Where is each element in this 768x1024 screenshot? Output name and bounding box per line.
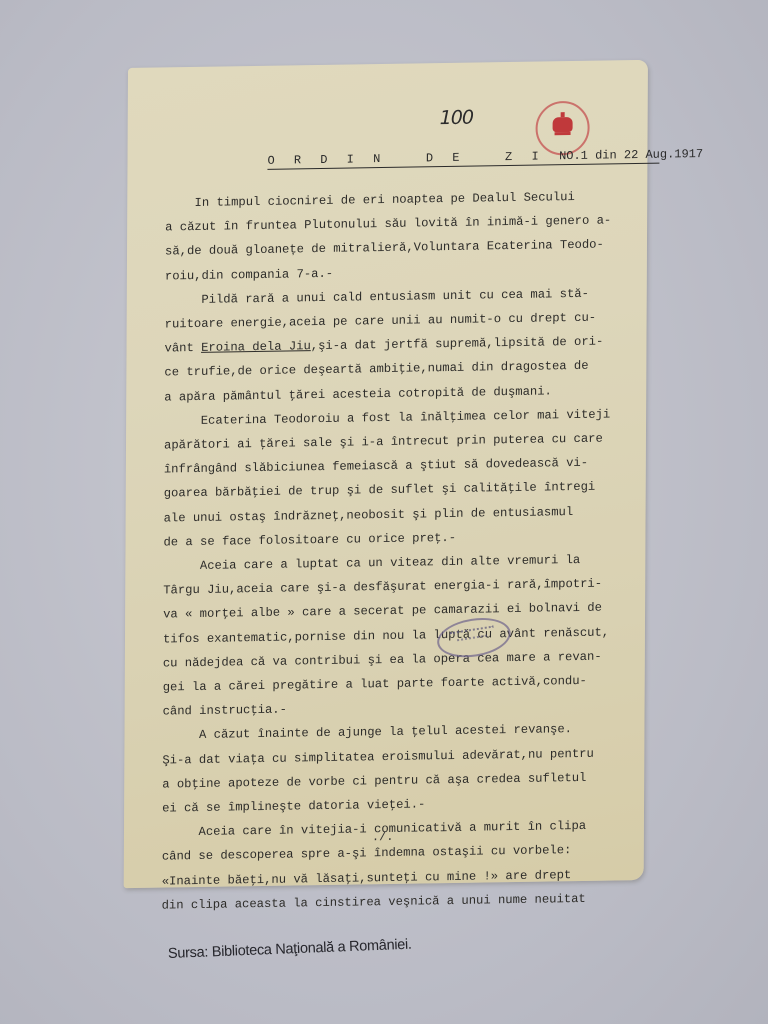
document-title: O R D I N D E Z I NO.1 din 22 Aug.1917 bbox=[267, 148, 659, 170]
crown-icon bbox=[553, 117, 573, 132]
archival-document: 100 O R D I N D E Z I NO.1 din 22 Aug.19… bbox=[124, 60, 648, 888]
handwritten-page-number: 100 bbox=[440, 107, 473, 130]
red-crown-stamp-icon bbox=[535, 101, 589, 156]
document-body: In timpul ciocnirei de eri noaptea pe De… bbox=[162, 184, 646, 918]
underlined-epithet: Eroina dela Jiu bbox=[201, 339, 311, 355]
end-mark: ./. bbox=[372, 830, 394, 844]
